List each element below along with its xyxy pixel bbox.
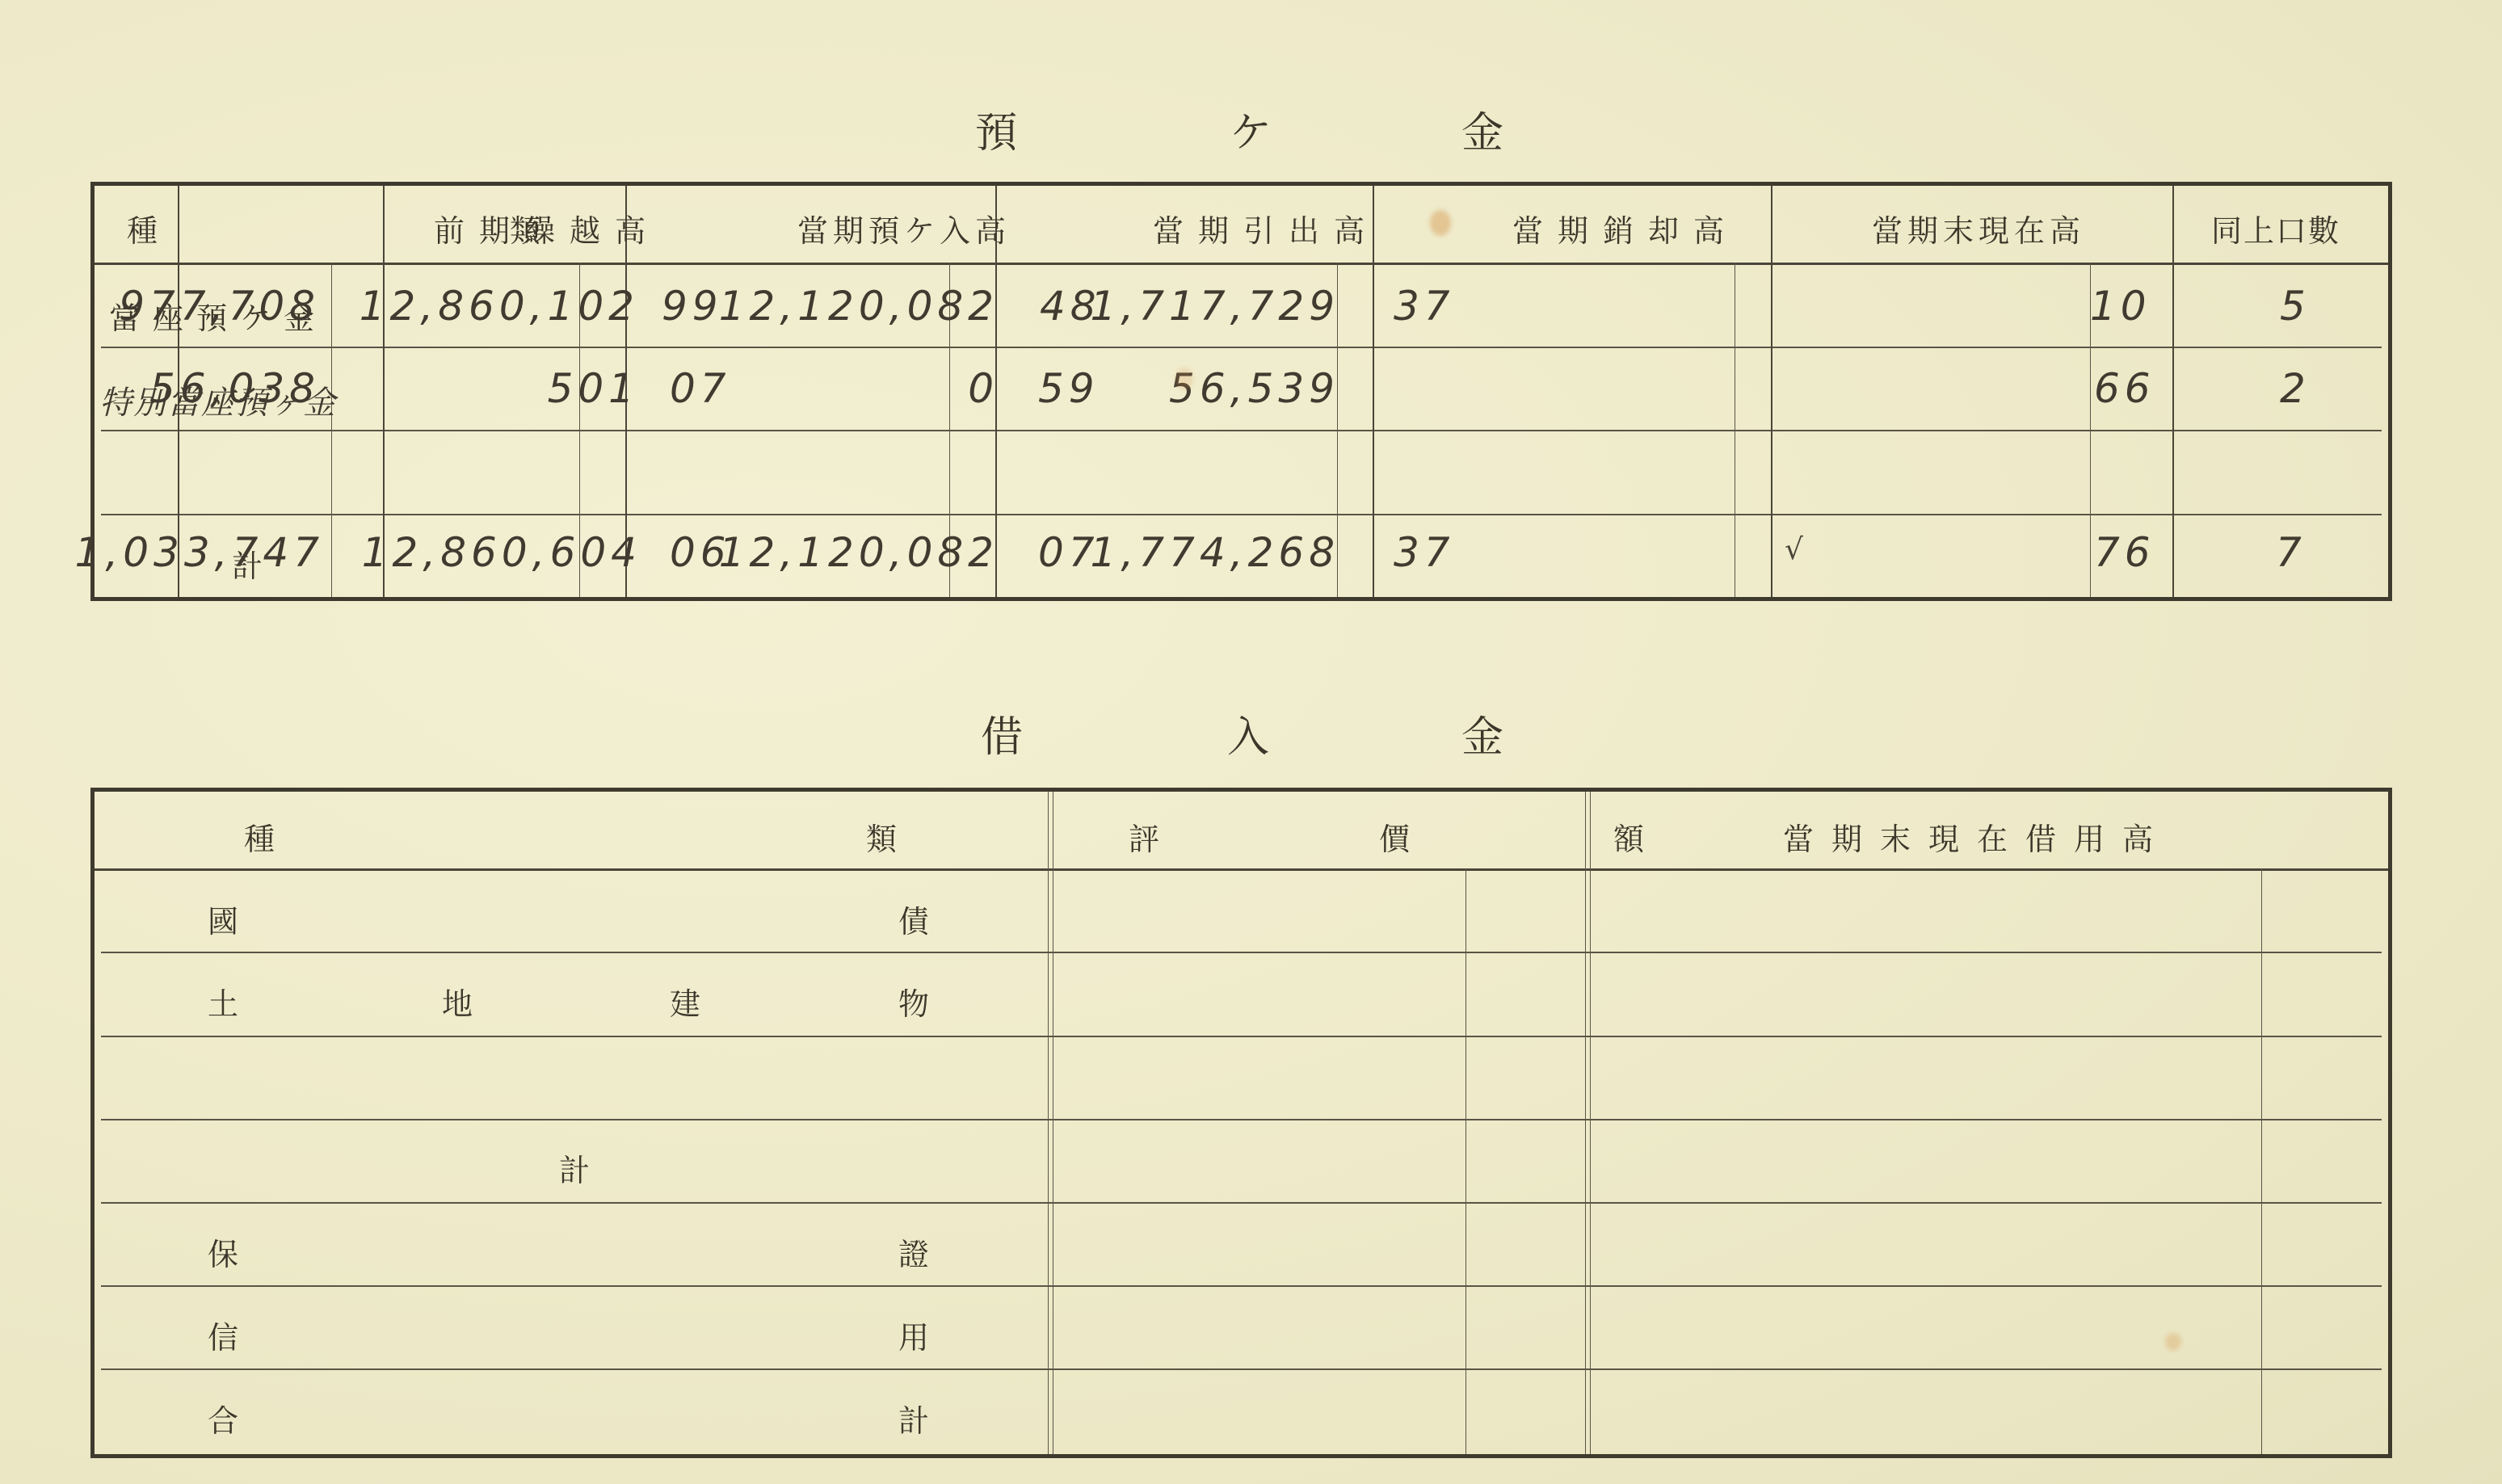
header-deposits-in: 當期預ケ入高: [797, 206, 1011, 250]
total-balance-end-sen: 76: [2094, 529, 2155, 576]
deposits-table: 種 類 前期繰越高 當期預ケ入高 當期引出高 當期銷却高 當期末現在高 同上口數…: [90, 182, 2392, 601]
prior-carryover-yen: 56,038: [149, 365, 320, 412]
balance-end-sen: 10: [2090, 283, 2151, 330]
total-prior-carryover-yen: 1,033,747: [75, 529, 324, 576]
accounts-count: 2: [2280, 365, 2311, 412]
balance-end-yen: 56,539: [1169, 365, 1339, 412]
balance-end-yen: 1,717,729: [1091, 283, 1339, 330]
deposits-in-yen: 501: [548, 365, 639, 412]
row-label-char: 保: [208, 1230, 238, 1274]
withdrawals-yen: 12,120,082: [719, 283, 999, 330]
row-label-char: 地: [442, 979, 473, 1024]
header-valuation-char: 評: [1129, 814, 1174, 859]
withdrawals-sen: 37: [1394, 283, 1455, 330]
deposits-in-yen: 12,860,102: [360, 283, 639, 330]
header-valuation-char: 價: [1379, 814, 1424, 859]
withdrawals-yen: 0: [968, 365, 999, 412]
header-divider: [95, 868, 2388, 871]
borrowings-table: 種 類 評 價 額 當期末現在借用高 國 債 土 地 建 物 計 保 證 信 用…: [90, 788, 2392, 1458]
borrowings-title-char: 借: [981, 703, 1023, 763]
row-label-char: 用: [898, 1313, 929, 1357]
deposits-in-sen: 59: [1038, 365, 1100, 412]
deposits-title-char: 金: [1461, 99, 1503, 159]
grand-total-label-char: 計: [898, 1396, 929, 1440]
row-label-char: 土: [208, 979, 238, 1024]
header-type-left: 種: [244, 814, 289, 859]
total-withdrawals-yen: 12,120,082: [719, 529, 999, 576]
check-mark-icon: √: [1785, 533, 1803, 566]
deposits-title-char: ケ: [1230, 99, 1272, 159]
prior-carryover-sen: 07: [670, 365, 731, 412]
row-divider: [101, 347, 2382, 348]
row-label-char: 國: [208, 897, 238, 941]
total-balance-end-yen: 1,774,268: [1091, 529, 1339, 576]
row-label-char: 建: [670, 979, 700, 1024]
header-withdrawals: 當期引出高: [1153, 206, 1379, 250]
header-type-right: 類: [866, 814, 911, 859]
prior-carryover-sen: 99: [662, 283, 723, 330]
header-valuation-char: 額: [1613, 814, 1659, 859]
row-label-char: 債: [898, 897, 929, 941]
header-written-off: 當期銷却高: [1512, 206, 1739, 250]
subtotal-label: 計: [559, 1146, 590, 1190]
total-withdrawals-sen: 37: [1394, 529, 1455, 576]
deposits-title-char: 預: [975, 99, 1017, 159]
row-label-char: 信: [208, 1313, 238, 1357]
total-deposits-in-yen: 12,860,604: [362, 529, 641, 576]
header-divider: [95, 263, 2388, 265]
borrowings-title-char: 入: [1227, 703, 1269, 763]
paper-stain: [1175, 368, 1193, 390]
row-label-char: 證: [898, 1230, 929, 1274]
balance-end-sen: 66: [2094, 365, 2155, 412]
total-accounts-count: 7: [2276, 529, 2306, 576]
row-divider: [101, 514, 2382, 515]
header-accounts: 同上口數: [2211, 206, 2340, 250]
header-balance-end: 當期末現在借用高: [1783, 814, 2171, 859]
borrowings-title-char: 金: [1461, 703, 1503, 763]
paper-stain: [1430, 210, 1451, 236]
prior-carryover-yen: 977,708: [119, 283, 320, 330]
accounts-count: 5: [2280, 283, 2311, 330]
header-prior-carryover: 前期繰越高: [434, 206, 660, 250]
header-balance-end: 當期末現在高: [1872, 206, 2085, 250]
row-label-char: 物: [898, 979, 929, 1024]
grand-total-label-char: 合: [208, 1396, 238, 1440]
row-divider: [101, 430, 2382, 431]
